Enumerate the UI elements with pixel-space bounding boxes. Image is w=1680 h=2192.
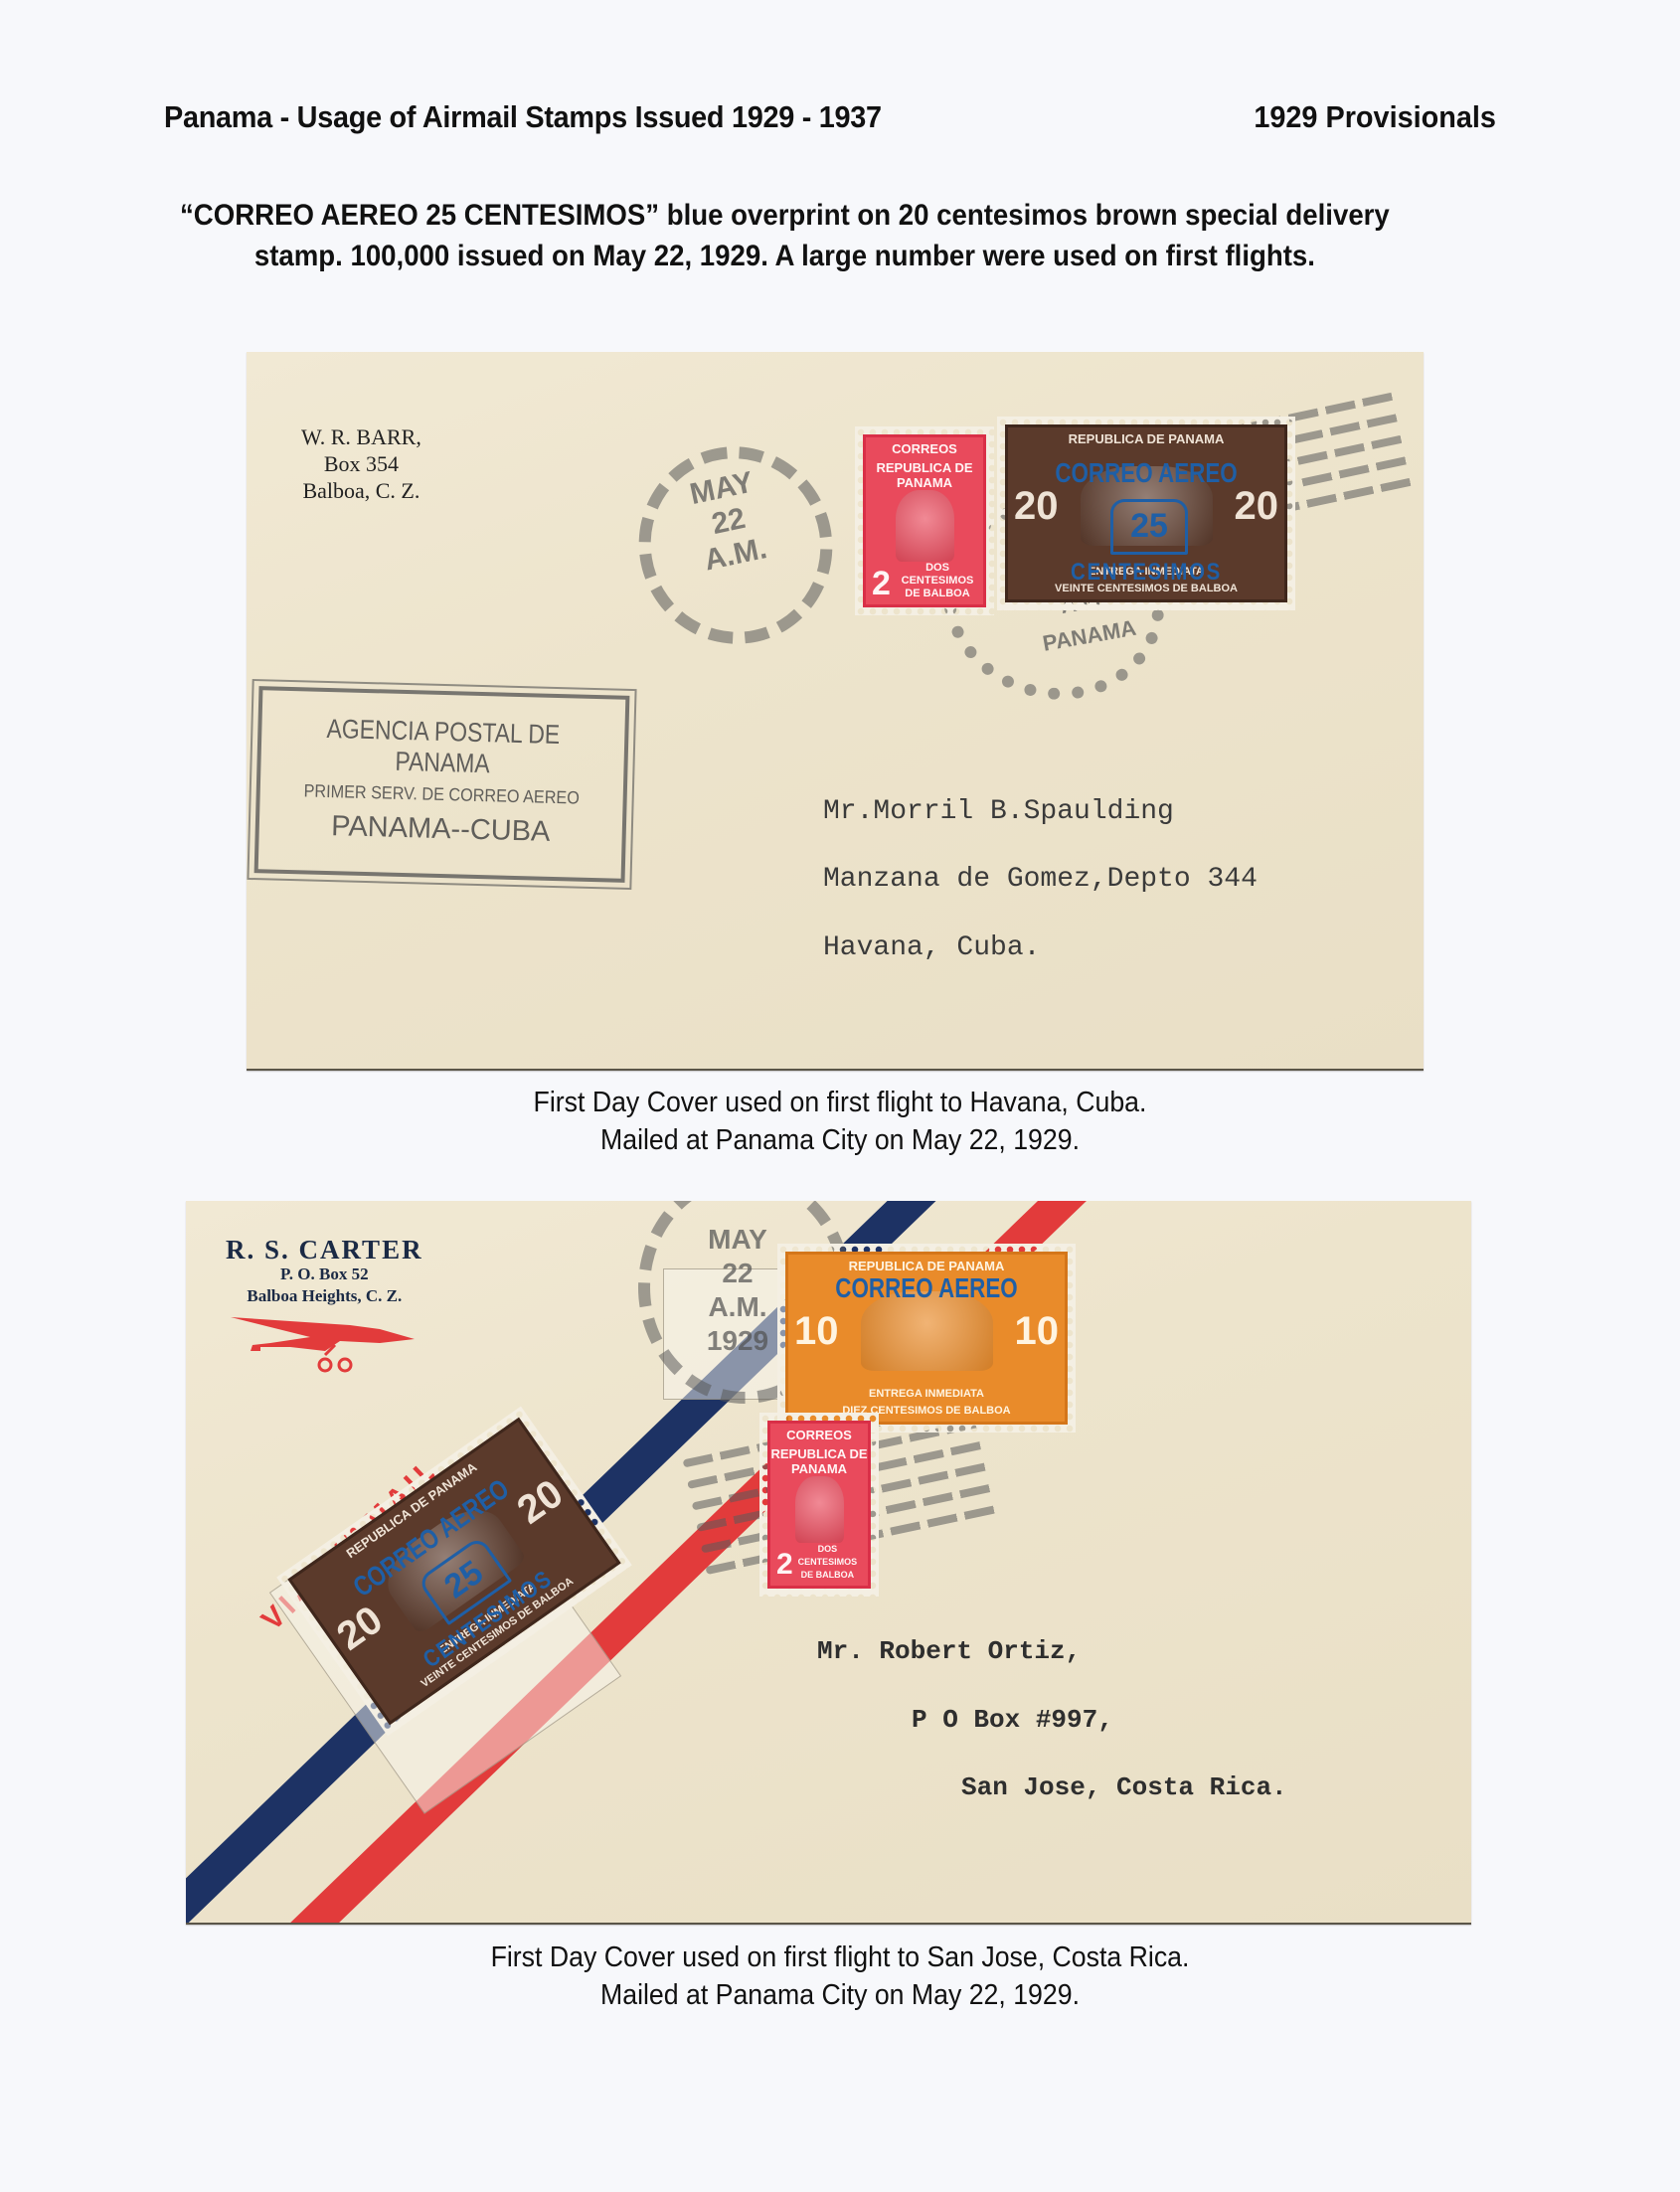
- sender-line: Balboa Heights, C. Z.: [226, 1285, 423, 1307]
- sender-address: R. S. CARTER P. O. Box 52 Balboa Heights…: [226, 1237, 423, 1307]
- stamp-value: 2: [776, 1545, 793, 1585]
- caption-line: First Day Cover used on first flight to …: [383, 1084, 1297, 1121]
- section-title: 1929 Provisionals: [1254, 99, 1496, 135]
- stamp-text: REPUBLICA DE PANAMA: [866, 456, 983, 490]
- sender-line: P. O. Box 52: [226, 1264, 423, 1285]
- stamp-text: REPUBLICA DE PANAMA: [849, 1255, 1005, 1273]
- overprint-text: CORREO AEREO: [1036, 457, 1257, 489]
- cover-san-jose: VIA AIRMAIL R. S. CARTER P. O. Box 52 Ba…: [186, 1201, 1471, 1925]
- sender-address: W. R. BARR, Box 354 Balboa, C. Z.: [301, 423, 421, 504]
- stamp-2c-red: CORREOS REPUBLICA DE PANAMA 2 DOS CENTES…: [759, 1413, 879, 1597]
- addressee-line: Mr. Robert Ortiz,: [817, 1636, 1081, 1666]
- sender-line: Box 354: [301, 450, 421, 477]
- stamp-text: CORREOS: [786, 1424, 852, 1442]
- cachet-line: AGENCIA POSTAL DE PANAMA: [288, 713, 598, 782]
- stamp-2c-red: CORREOS REPUBLICA DE PANAMA 2 DOS CENTES…: [855, 426, 994, 615]
- overprint-value: 25: [1110, 499, 1188, 555]
- cover-caption: First Day Cover used on first flight to …: [383, 1939, 1297, 2014]
- airplane-icon: [231, 1315, 420, 1375]
- addressee-line: Manzana de Gomez,Depto 344: [823, 864, 1258, 895]
- page-title: Panama - Usage of Airmail Stamps Issued …: [164, 99, 882, 135]
- coat-of-arms-icon: [795, 1476, 844, 1543]
- stamp-value: 20: [1235, 486, 1279, 526]
- stamp-value: 2: [872, 564, 891, 603]
- stamp-value: 10: [1015, 1311, 1060, 1351]
- caption-line: Mailed at Panama City on May 22, 1929.: [383, 1121, 1297, 1159]
- caption-line: Mailed at Panama City on May 22, 1929.: [383, 1976, 1297, 2014]
- cover-havana: W. R. BARR, Box 354 Balboa, C. Z. MAY 22…: [247, 352, 1424, 1071]
- cachet-stamp: AGENCIA POSTAL DE PANAMA PRIMER SERV. DE…: [254, 686, 630, 883]
- addressee-line: San Jose, Costa Rica.: [961, 1772, 1287, 1802]
- overprint-text: CENTESIMOS: [1029, 559, 1263, 587]
- stamp-value: 10: [794, 1311, 839, 1351]
- cachet-line: PANAMA--CUBA: [258, 808, 622, 851]
- stamp-20c-brown-overprint: REPUBLICA DE PANAMA 20 20 ENTREGA INMEDI…: [997, 417, 1295, 610]
- stamp-value: 20: [1014, 486, 1059, 526]
- page-description: “CORREO AEREO 25 CENTESIMOS” blue overpr…: [149, 195, 1421, 276]
- addressee-line: Havana, Cuba.: [823, 932, 1040, 963]
- stamp-text: REPUBLICA DE PANAMA: [770, 1442, 868, 1476]
- stamp-text: DOS CENTESIMOS DE BALBOA: [793, 1543, 862, 1586]
- stamp-text: DOS CENTESIMOS DE BALBOA: [898, 562, 977, 604]
- sender-line: W. R. BARR,: [301, 423, 421, 450]
- stamp-text: CORREOS: [892, 437, 957, 456]
- sender-line: R. S. CARTER: [226, 1237, 423, 1264]
- sender-line: Balboa, C. Z.: [301, 477, 421, 504]
- caption-line: First Day Cover used on first flight to …: [383, 1939, 1297, 1976]
- overprint-text: CORREO AEREO: [816, 1272, 1037, 1304]
- stamp-text: ENTREGA INMEDIATA: [842, 1388, 1010, 1405]
- addressee-line: Mr.Morril B.Spaulding: [823, 796, 1174, 827]
- coat-of-arms-icon: [896, 490, 954, 562]
- cachet-line: PRIMER SERV. DE CORREO AEREO: [278, 780, 605, 810]
- stamp-value: 20: [330, 1600, 389, 1657]
- addressee-line: P O Box #997,: [912, 1705, 1113, 1735]
- cover-caption: First Day Cover used on first flight to …: [383, 1084, 1297, 1159]
- stamp-text: REPUBLICA DE PANAMA: [1069, 427, 1225, 446]
- stamp-10c-orange-overprint: REPUBLICA DE PANAMA 10 10 ENTREGA INMEDI…: [777, 1244, 1076, 1433]
